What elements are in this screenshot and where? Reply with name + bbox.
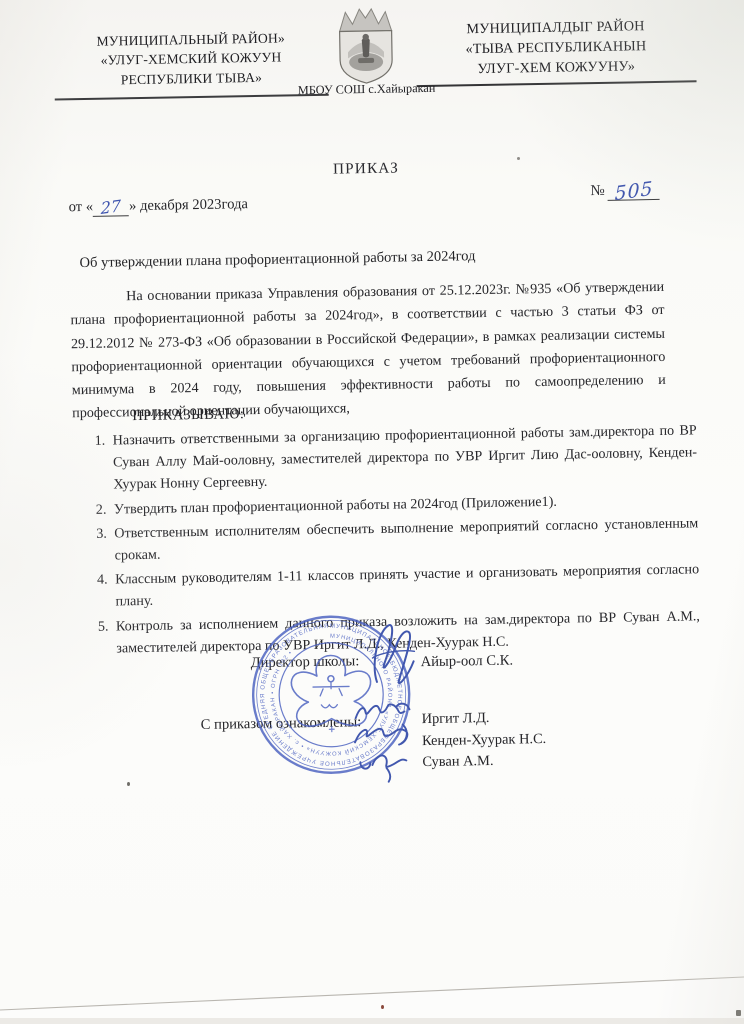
issuer-line: УЛУГ-ХЕМ КОЖУУНУ» — [416, 56, 696, 81]
issuer-name-tuvan: МУНИЦИПАЛДЫГ РАЙОН «ТЫВА РЕСПУБЛИКАНЫН У… — [415, 15, 696, 87]
number-sign: № — [590, 183, 605, 199]
document-content: МУНИЦИПАЛЬНЫЙ РАЙОН» «УЛУГ-ХЕМСКИЙ КОЖУУ… — [0, 0, 744, 1024]
order-item: Назначить ответственными за организацию … — [109, 419, 698, 496]
order-subject: Об утверждении плана профориентационной … — [79, 245, 639, 272]
order-item: Классным руководителям 1-11 классов прин… — [111, 559, 700, 614]
order-date: от «27» декабря 2023года — [68, 193, 248, 217]
date-prefix: от « — [68, 199, 93, 215]
acknowledged-signatures — [351, 697, 424, 784]
acknowledged-name: Иргит Л.Д. — [421, 707, 546, 731]
director-label: Директор школы: — [250, 653, 359, 672]
number-underline: 505 — [608, 177, 660, 201]
paper-background: МУНИЦИПАЛЬНЫЙ РАЙОН» «УЛУГ-ХЕМСКИЙ КОЖУУ… — [0, 0, 744, 1024]
acknowledged-names: Иргит Л.Д. Кенден-Хуурак Н.С. Суван А.М. — [421, 707, 546, 774]
date-day-underline: 27 — [93, 195, 129, 217]
acknowledged-name: Кенден-Хуурак Н.С. — [422, 728, 547, 752]
school-name: МБОУ СОШ с.Хайыракан — [292, 81, 442, 99]
director-name: Айыр-оол С.К. — [420, 653, 513, 672]
order-item: Ответственным исполнителям обеспечить вы… — [110, 512, 699, 567]
handwritten-day: 27 — [101, 196, 121, 218]
date-suffix: » декабря 2023года — [129, 196, 248, 214]
order-number: №505 — [590, 177, 660, 201]
issuer-name-russian: МУНИЦИПАЛЬНЫЙ РАЙОН» «УЛУГ-ХЕМСКИЙ КОЖУУ… — [54, 28, 329, 101]
coat-of-arms-icon — [327, 5, 404, 84]
directive-word: ПРИКАЗЫВАЮ: — [132, 406, 244, 425]
scanned-order-document: { "header": { "left_org": ["МУНИЦИПАЛЬНЫ… — [0, 0, 744, 1024]
order-items-list: Назначить ответственными за организацию … — [83, 419, 701, 662]
order-preamble: На основании приказа Управления образова… — [70, 276, 666, 426]
acknowledged-label: С приказом ознакомлены: — [201, 714, 362, 734]
acknowledged-name: Суван А.М. — [422, 750, 547, 774]
handwritten-order-number: 505 — [614, 178, 653, 206]
issuer-line: РЕСПУБЛИКИ ТЫВА» — [54, 66, 328, 90]
order-item: Контроль за исполнением данного приказа … — [112, 605, 701, 660]
